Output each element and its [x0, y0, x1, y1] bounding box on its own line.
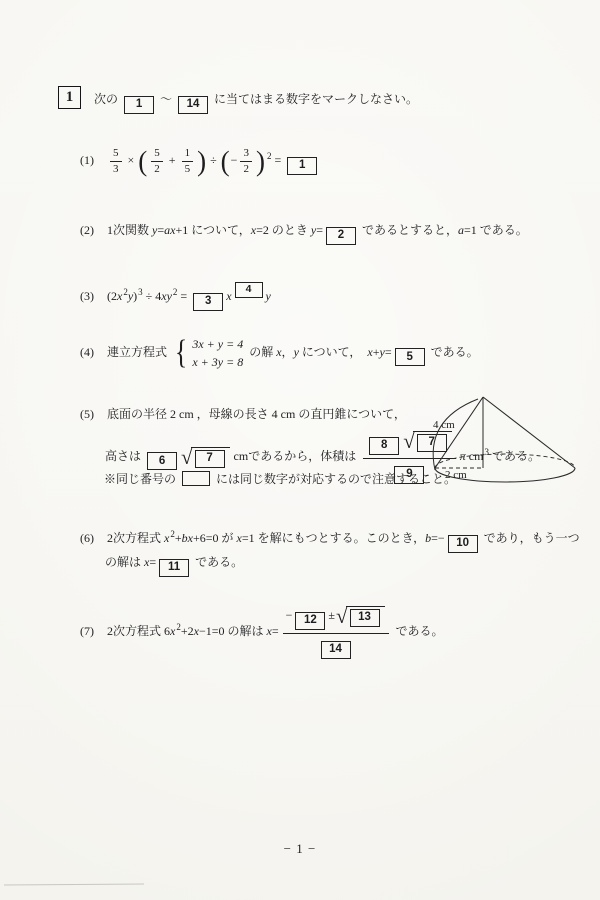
big-fraction: −12±√1314: [283, 605, 389, 659]
fraction-numerator: 3: [240, 147, 252, 162]
fraction-denominator: 14: [283, 634, 389, 659]
problem-5-line1: (5)底面の半径 2 cm ，母線の長さ 4 cm の直円錐について，: [80, 405, 406, 423]
problem-5-text: 底面の半径 2 cm ，母線の長さ 4 cm の直円錐について，: [107, 407, 406, 421]
math-text: x: [226, 289, 231, 303]
math-text: y: [266, 289, 271, 303]
fraction-denominator: 5: [182, 162, 194, 176]
problem-3-expression: (2x2y)3 ÷ 4xy2 = 3x4y: [107, 289, 271, 303]
math-text: 1次関数: [107, 223, 152, 237]
math-text: ※同じ番号の: [104, 472, 179, 486]
problem-5-note: ※同じ番号の には同じ数字が対応するので注意すること。: [104, 470, 456, 488]
problem-4: (4)連立方程式 {3x + y = 4x + 3y = 8 の解 x，y につ…: [80, 336, 479, 370]
equation-row: 3x + y = 4: [192, 336, 243, 352]
math-text: に当てはまる数字をマークしなさい。: [211, 92, 418, 106]
fraction-denominator: 3: [110, 162, 122, 176]
math-text: 2次方程式 6: [107, 624, 170, 638]
cone-base-back-arc: [435, 454, 575, 468]
math-text: であるとすると，: [359, 223, 458, 237]
answer-box: 5: [395, 348, 425, 366]
answer-box: 7: [195, 450, 225, 468]
math-text: (2: [107, 289, 117, 303]
math-text: の解: [246, 345, 276, 359]
math-text: ): [133, 289, 137, 303]
answer-box: 1: [287, 157, 317, 175]
problem-2-label: (2): [80, 223, 94, 237]
math-text: である。: [428, 345, 479, 359]
math-text: +: [373, 345, 380, 359]
fraction-numerator: 5: [110, 147, 122, 162]
answer-box: 3: [193, 293, 223, 311]
math-text: について，: [299, 345, 368, 359]
math-text: +1 について，: [175, 223, 250, 237]
problem-6-line2: の解は x=11 である。: [105, 553, 243, 577]
fraction: 53: [110, 147, 122, 175]
math-text: +: [175, 531, 182, 545]
problem-1-expression: 53 × (52 + 15) ÷ (−32)2 = 1: [107, 153, 320, 167]
radicand: 13: [346, 606, 385, 627]
problem-4-expression: 連立方程式 {3x + y = 4x + 3y = 8 の解 x，y について，…: [107, 345, 479, 359]
math-text: の解は: [105, 555, 144, 569]
section-instruction: 次の 1 ～ 14 に当てはまる数字をマークしなさい。: [94, 90, 418, 114]
equation-system: {3x + y = 4x + 3y = 8: [173, 336, 243, 370]
fraction: 32: [240, 147, 252, 175]
problem-7: (7)2次方程式 6x2+2x−1=0 の解は x=−12±√1314 である。: [80, 605, 444, 659]
problem-2-expression: 1次関数 y=ax+1 について，x=2 のとき y=2 であるとすると，a=1…: [107, 223, 528, 237]
math-text: ±: [328, 608, 335, 622]
problem-6-label: (6): [80, 531, 94, 545]
math-text: −1=0 の解は: [199, 624, 267, 638]
answer-box: 2: [326, 227, 356, 245]
math-text: ÷ 4: [143, 289, 162, 303]
problem-6-expression: 2次方程式 x2+bx+6=0 が x=1 を解にもつとする。このとき，b=−1…: [107, 531, 580, 545]
big-paren: ): [197, 148, 206, 174]
math-text: ax: [164, 223, 175, 237]
math-text: x: [164, 531, 169, 545]
answer-box: 14: [321, 641, 351, 659]
square-root: √7: [181, 446, 230, 468]
math-text: 2次方程式: [107, 531, 164, 545]
problem-5-label: (5): [80, 407, 94, 421]
math-text: +6=0 が: [193, 531, 237, 545]
math-text: ～: [157, 92, 175, 106]
problem-6-expression2: の解は x=11 である。: [105, 555, 243, 569]
math-text: −: [286, 608, 293, 622]
math-text: cmであるから，体積は: [231, 449, 360, 463]
problem-3: (3)(2x2y)3 ÷ 4xy2 = 3x4y: [80, 282, 271, 311]
cone-slant-line: [435, 397, 483, 468]
problem-3-label: (3): [80, 289, 94, 303]
answer-box: 14: [178, 96, 208, 114]
math-text: ÷: [207, 153, 220, 167]
math-text: xy: [161, 289, 172, 303]
answer-box: 10: [448, 535, 478, 553]
radicand: 7: [191, 447, 230, 468]
math-text: =−: [431, 531, 445, 545]
fraction-numerator: 1: [182, 147, 194, 162]
math-text: =: [177, 289, 190, 303]
math-text: ×: [125, 153, 138, 167]
math-text: であり，もう一つ: [481, 531, 580, 545]
cone-radius-label: 2 cm: [445, 469, 467, 481]
section-number-box: 1: [58, 86, 81, 109]
math-text: ，: [282, 345, 294, 359]
problem-6-line1: (6)2次方程式 x2+bx+6=0 が x=1 を解にもつとする。このとき，b…: [80, 529, 580, 553]
math-text: =2 のとき: [256, 223, 311, 237]
problem-4-label: (4): [80, 345, 94, 359]
system-brace: {: [175, 336, 187, 370]
math-text: =: [149, 555, 156, 569]
problem-1: (1)53 × (52 + 15) ÷ (−32)2 = 1: [80, 147, 320, 175]
math-text: +2: [181, 624, 194, 638]
math-text: =: [272, 624, 279, 638]
math-text: 次の: [94, 92, 121, 106]
math-text: =: [385, 345, 392, 359]
answer-box: 13: [350, 609, 380, 627]
math-text: =: [316, 223, 323, 237]
big-paren: (: [221, 148, 230, 174]
problem-7-label: (7): [80, 624, 94, 638]
math-text: =1 を解にもつとする。このとき，: [242, 531, 425, 545]
math-text: である。: [393, 624, 444, 638]
problem-7-expression: 2次方程式 6x2+2x−1=0 の解は x=−12±√1314 である。: [107, 624, 444, 638]
answer-box: 1: [124, 96, 154, 114]
math-text: 連立方程式: [107, 345, 170, 359]
answer-box: 11: [159, 559, 189, 577]
equation-rows: 3x + y = 4x + 3y = 8: [192, 336, 243, 369]
fraction-denominator: 2: [240, 162, 252, 176]
math-text: +: [166, 153, 179, 167]
math-text: =1 である。: [464, 223, 528, 237]
math-text: x: [170, 624, 175, 638]
answer-box: 4: [235, 282, 263, 298]
problem-2: (2)1次関数 y=ax+1 について，x=2 のとき y=2 であるとすると，…: [80, 221, 528, 245]
math-text: 底面の半径 2 cm ，母線の長さ 4 cm の直円錐について，: [107, 407, 406, 421]
fraction: 52: [151, 147, 163, 175]
math-text: −: [231, 153, 238, 167]
answer-box: [182, 471, 210, 486]
answer-box: 8: [369, 437, 399, 455]
math-text: 高さは: [105, 449, 144, 463]
fraction: 15: [182, 147, 194, 175]
cone-slant-label: 4 cm: [433, 419, 455, 431]
problem-1-label: (1): [80, 153, 94, 167]
cone-right-slant: [483, 397, 575, 468]
big-paren: ): [256, 148, 265, 174]
fraction-denominator: 2: [151, 162, 163, 176]
cone-figure: 4 cm 2 cm: [420, 388, 592, 502]
answer-box: 6: [147, 452, 177, 470]
exam-page: 1 次の 1 ～ 14 に当てはまる数字をマークしなさい。 (1)53 × (5…: [0, 0, 600, 900]
problem-5-note-text: ※同じ番号の には同じ数字が対応するので注意すること。: [104, 472, 456, 486]
math-text: x: [117, 289, 122, 303]
square-root: √13: [336, 605, 385, 627]
fraction-numerator: −12±√13: [283, 605, 389, 634]
big-paren: (: [138, 148, 147, 174]
math-text: である。: [192, 555, 243, 569]
scan-artifact-line: [4, 884, 144, 886]
fraction-numerator: 5: [151, 147, 163, 162]
answer-box: 12: [295, 612, 325, 630]
page-number: − 1 −: [0, 841, 600, 857]
math-text: bx: [182, 531, 193, 545]
equation-row: x + 3y = 8: [192, 354, 243, 370]
cone-left-silhouette: [433, 399, 478, 470]
math-text: =: [271, 153, 284, 167]
